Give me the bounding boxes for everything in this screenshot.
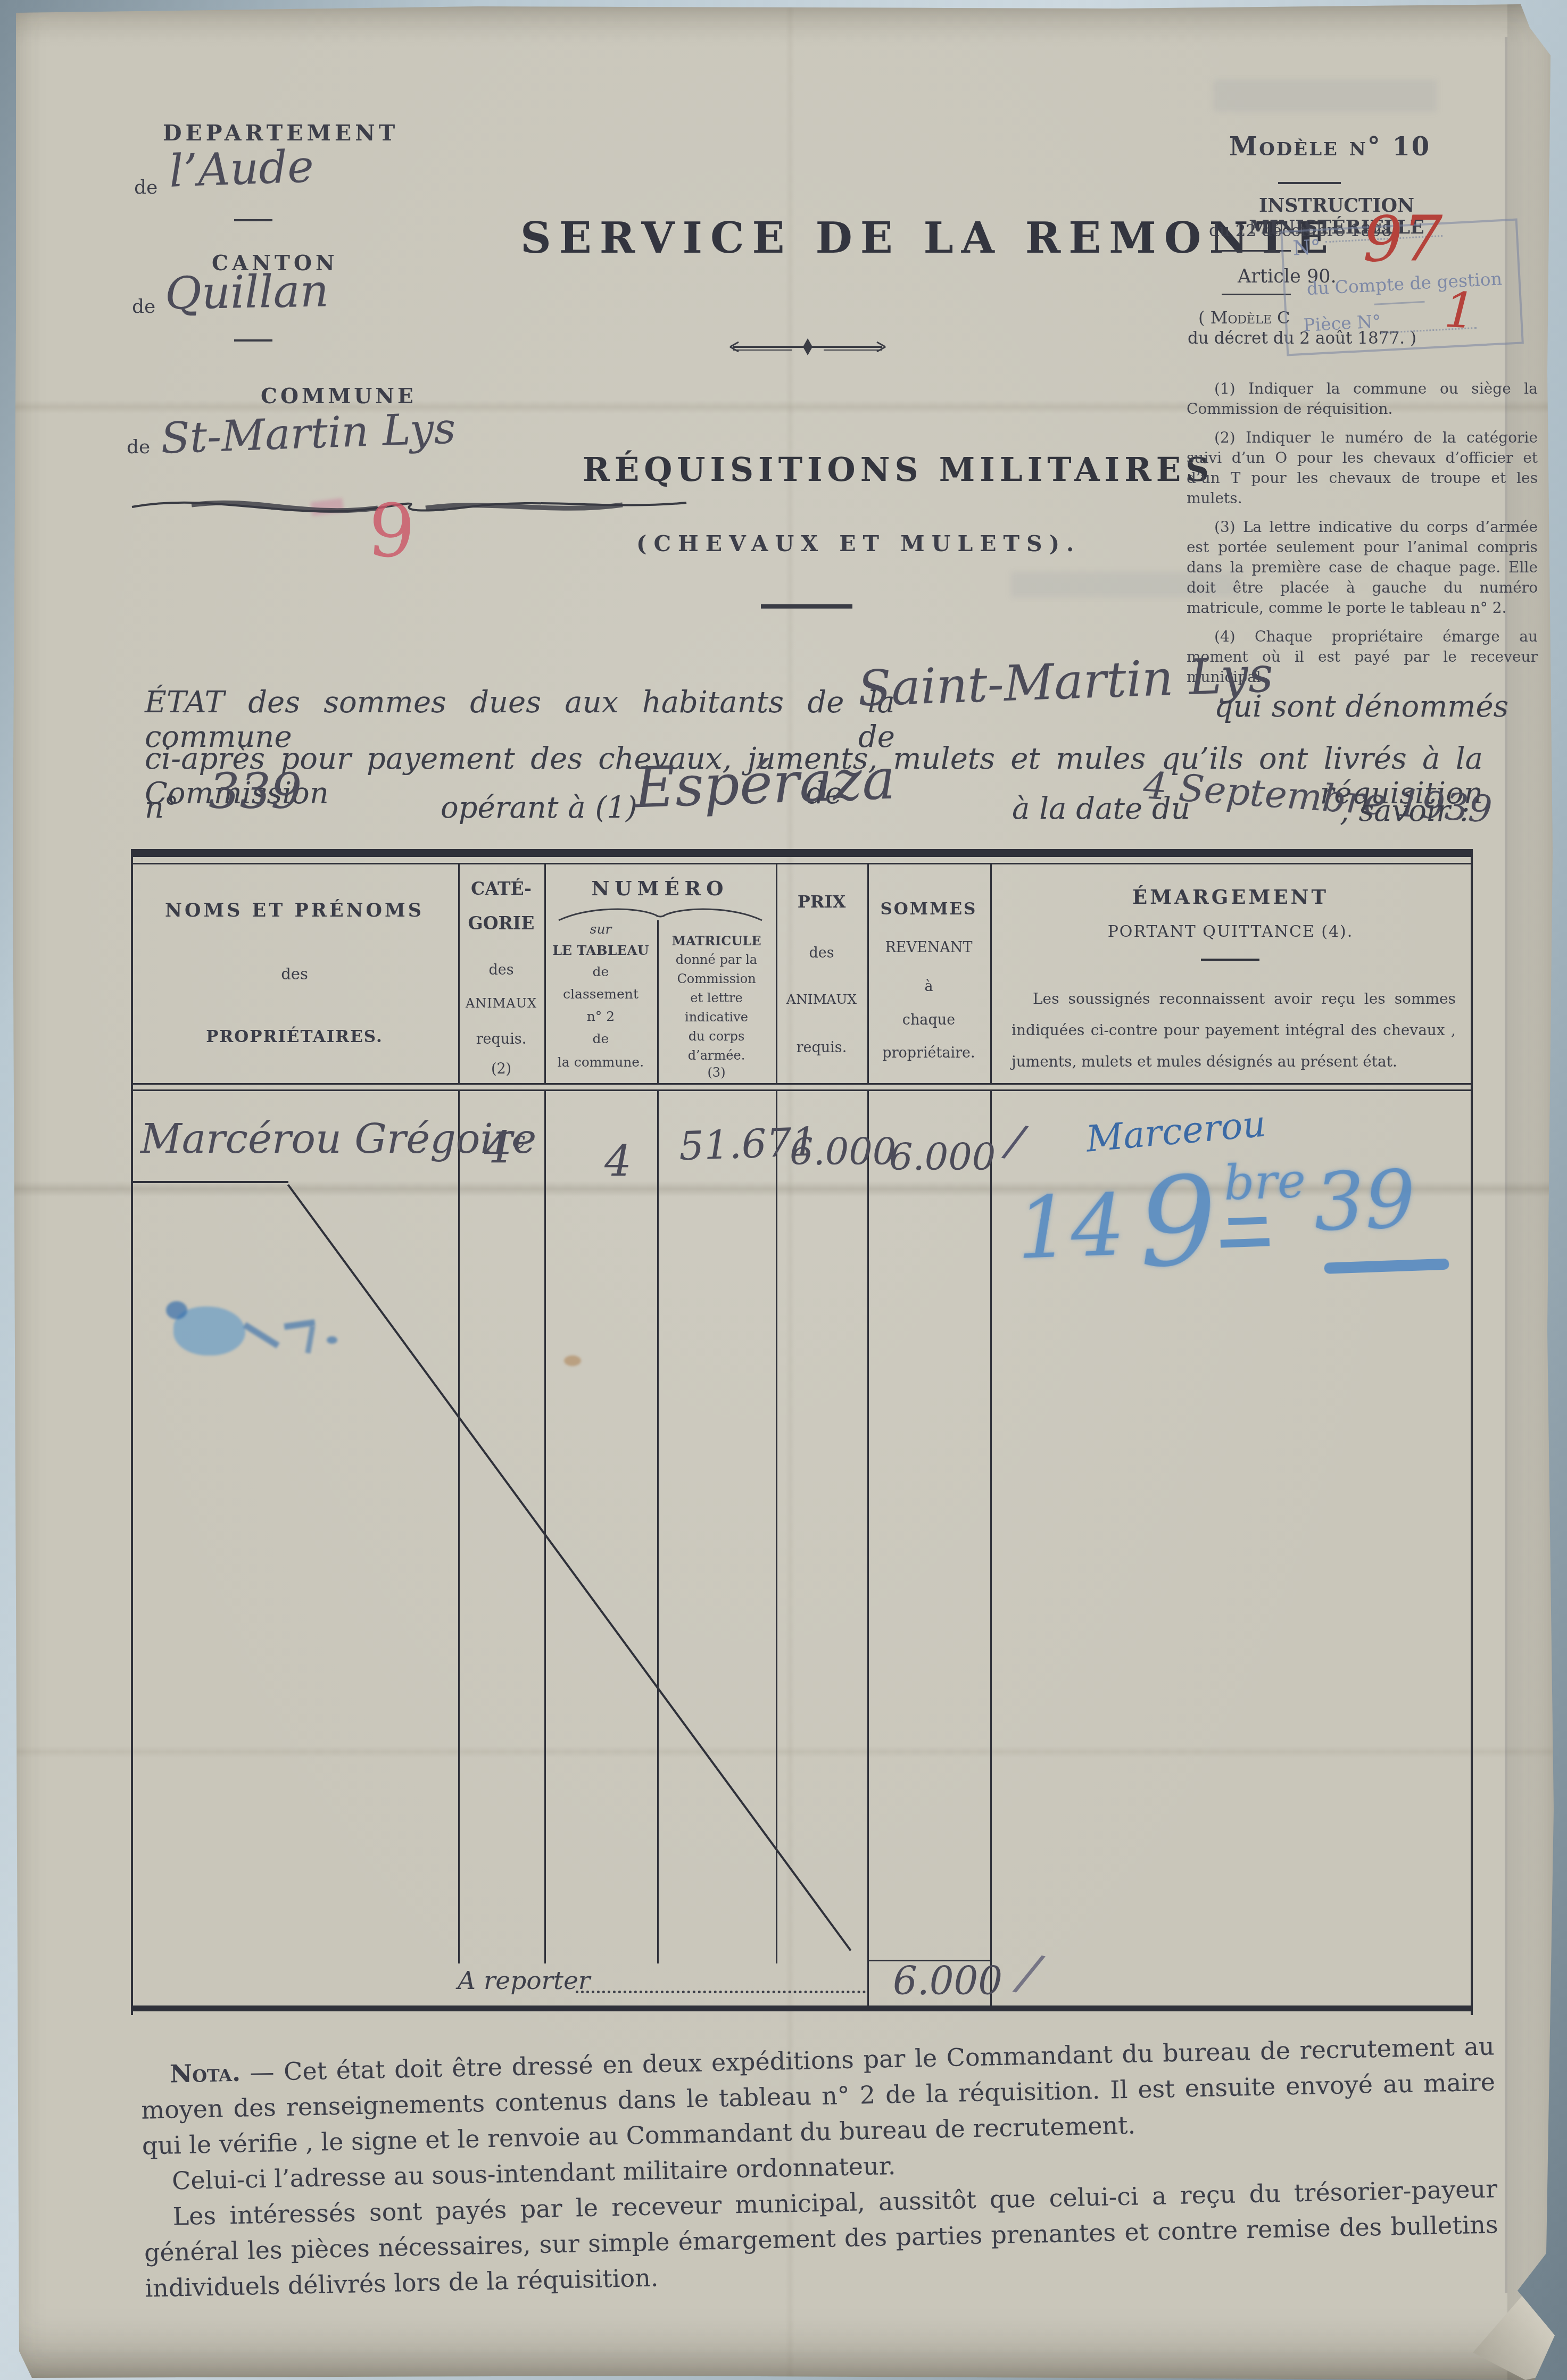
header-tab-line7: la commune. <box>544 1054 657 1070</box>
right-fold-line <box>1505 37 1507 2293</box>
table-line <box>131 863 1473 864</box>
intro-line1-end: qui sont dénommés <box>1214 689 1508 724</box>
header-sommes-line5: propriétaire. <box>867 1045 990 1061</box>
crayon-dash <box>1221 1238 1270 1247</box>
column-divider <box>458 1091 460 1963</box>
paid-year: 39 <box>1312 1153 1417 1250</box>
divider-rule <box>1278 182 1341 184</box>
ink-bleedthrough-smudge <box>1213 80 1437 112</box>
row-numero-tableau-handwritten: 4 <box>604 1136 632 1186</box>
stamp-rule <box>1374 301 1425 305</box>
stamp-number-handwritten: 97 <box>1363 202 1442 276</box>
header-mat-line1: MATRICULE <box>657 933 776 948</box>
canton-de-label: de <box>132 296 155 318</box>
header-cat-line2: GORIE <box>458 913 544 934</box>
intro-operant-label: opérant à (1) <box>441 790 637 825</box>
divider-rule <box>1201 959 1259 961</box>
carry-forward-label: A reporter <box>458 1966 590 1995</box>
header-cat-line1: CATÉ- <box>458 878 544 899</box>
registration-stamp: N° 97 du Compte de gestion Pièce N° 1 <box>1280 218 1524 356</box>
header-prix-line3: ANIMAUX <box>776 992 867 1007</box>
row-paid-tick: / <box>1004 1115 1027 1167</box>
canton-value-handwritten: Quillan <box>164 264 329 319</box>
stamp-no-label: N° <box>1292 235 1321 260</box>
requisition-table: NOMS ET PRÉNOMS des PROPRIÉTAIRES. CATÉ-… <box>131 849 1473 2015</box>
diagonal-strike-line <box>287 1184 852 1951</box>
divider-rule <box>761 604 852 609</box>
footnote-2: (2) Indiquer le numéro de la catégorie s… <box>1187 428 1538 509</box>
carry-forward-tick: / <box>1015 1943 1043 2003</box>
footnote-1: (1) Indiquer la commune ou siège la Comm… <box>1187 379 1538 419</box>
row-prix-handwritten: 6.000 <box>790 1130 896 1174</box>
header-emargement-subtitle: PORTANT QUITTANCE (4). <box>990 922 1471 941</box>
divider-rule <box>234 339 272 342</box>
right-fold-shadow <box>1507 0 1545 2380</box>
row-owner-name-handwritten: Marcérou Grégoire <box>140 1115 536 1162</box>
stamp-piece-label: Pièce N° <box>1303 311 1381 336</box>
ink-blot-dot <box>327 1336 337 1344</box>
column-divider <box>990 1091 992 2005</box>
dotted-leader <box>576 1969 866 1993</box>
paid-month-suffix: bre <box>1223 1153 1306 1211</box>
document-paper: DEPARTEMENT de l’Aude CANTON de Quillan … <box>0 0 1567 2380</box>
footnote-2-num: (2) <box>1214 429 1236 446</box>
scanned-document-photo: DEPARTEMENT de l’Aude CANTON de Quillan … <box>0 0 1567 2380</box>
paid-month-number: 9 <box>1137 1151 1220 1295</box>
requisitions-title: RÉQUISITIONS MILITAIRES <box>583 451 1214 489</box>
departement-de-label: de <box>134 177 157 198</box>
crayon-dash <box>1228 1217 1266 1226</box>
header-tab-line3: de <box>544 964 657 979</box>
row-categorie-number: 4 <box>484 1123 512 1174</box>
header-noms-line1: NOMS ET PRÉNOMS <box>131 900 458 921</box>
paid-day: 14 <box>1015 1175 1126 1278</box>
commune-de-label: de <box>127 436 150 458</box>
header-cat-line5: requis. <box>458 1031 544 1047</box>
footnote-3-text: La lettre indicative du corps d’armée es… <box>1187 518 1538 617</box>
header-noms-line2: des <box>131 965 458 983</box>
row-categorie-suffix: c <box>512 1126 525 1154</box>
table-header-separator <box>131 1089 1473 1091</box>
header-tab-line2: LE TABLEAU <box>544 943 657 958</box>
intro-savoir-label: , savoir : <box>1340 794 1470 828</box>
commune-label: COMMUNE <box>261 384 417 409</box>
header-sommes-line1: SOMMES <box>867 900 990 919</box>
footnote-1-text: Indiquer la commune ou siège la Commissi… <box>1187 380 1538 418</box>
divider-rule <box>1222 250 1291 252</box>
requisitions-subtitle: (CHEVAUX ET MULETS). <box>636 531 1081 556</box>
ink-blot-streak <box>305 1326 316 1354</box>
header-sommes-line3: à <box>867 978 990 995</box>
table-header-separator <box>131 1083 1473 1085</box>
header-tab-line6: de <box>544 1031 657 1046</box>
header-mat-line2: donné par la <box>657 952 776 967</box>
departement-value-handwritten: l’Aude <box>168 140 314 197</box>
numero-brace <box>557 904 764 921</box>
footnote-4-num: (4) <box>1214 628 1236 645</box>
row-sommes-handwritten: 6.000 <box>889 1135 996 1179</box>
header-mat-line4: et lettre <box>657 991 776 1005</box>
header-numero-title: NUMÉRO <box>544 877 776 900</box>
header-emargement-title: ÉMARGEMENT <box>990 885 1471 909</box>
table-left-border <box>131 849 133 2015</box>
intro-no-label: n° <box>145 790 179 825</box>
header-mat-line7: d’armée. <box>657 1048 776 1063</box>
header-tab-line1: sur <box>544 921 657 937</box>
footnote-3: (3) La lettre indicative du corps d’armé… <box>1187 517 1538 618</box>
header-tab-line4: classement <box>544 986 657 1002</box>
row-categorie-handwritten: 4c <box>484 1123 525 1174</box>
header-cat-line6: (2) <box>458 1061 544 1077</box>
column-divider <box>867 1091 869 2005</box>
column-divider <box>776 1091 777 1963</box>
header-noms-line3: PROPRIÉTAIRES. <box>131 1027 458 1046</box>
header-prix-line1: PRIX <box>776 892 867 912</box>
red-crayon-number: 9 <box>365 487 418 576</box>
column-divider <box>544 1091 546 1963</box>
header-mat-line6: du corps <box>657 1029 776 1044</box>
modele-label: Modèle n° 10 <box>1229 132 1431 162</box>
strike-line-start <box>133 1181 288 1183</box>
header-mat-line5: indicative <box>657 1010 776 1025</box>
footnote-2-text: Indiquer le numéro de la catégorie suivi… <box>1187 429 1538 507</box>
commune-value-handwritten: St-Martin Lys <box>160 403 457 463</box>
header-mat-line3: Commission <box>657 971 776 986</box>
intro-commune-handwritten: Saint-Martin Lys <box>857 646 1274 717</box>
header-prix-line4: requis. <box>776 1039 867 1056</box>
carry-forward-value-handwritten: 6.000 <box>893 1959 1002 2003</box>
header-mat-line8: (3) <box>657 1065 776 1080</box>
nota-label: Nota. <box>169 2058 241 2088</box>
ink-blot-streak <box>243 1322 279 1348</box>
intro-no-handwritten: 339 <box>209 763 302 820</box>
footnote-3-num: (3) <box>1214 518 1236 536</box>
header-sommes-line2: REVENANT <box>867 939 990 956</box>
modele-c-open: ( Modèle C <box>1198 307 1290 328</box>
divider-rule <box>234 219 272 221</box>
footnote-1-num: (1) <box>1214 380 1236 397</box>
table-top-border <box>131 849 1473 857</box>
crayon-underline <box>1324 1259 1449 1274</box>
ink-blot-spot <box>166 1301 187 1319</box>
divider-rule <box>1222 294 1291 295</box>
stamp-piece-number-handwritten: 1 <box>1443 281 1477 340</box>
header-prix-line2: des <box>776 945 867 961</box>
header-sommes-line4: chaque <box>867 1012 990 1028</box>
header-emargement-note: Les soussignés reconnaissent avoir reçu … <box>1011 983 1456 1077</box>
nota-block: Nota. — Cet état doit être dressé en deu… <box>140 2028 1499 2306</box>
ornamental-divider <box>728 334 888 360</box>
header-cat-line3: des <box>458 962 544 978</box>
table-bottom-border <box>131 2005 1473 2011</box>
table-right-border <box>1471 849 1473 2015</box>
header-tab-line5: n° 2 <box>544 1009 657 1024</box>
column-divider <box>657 1091 659 1963</box>
intro-place-handwritten: Espéraza <box>633 746 897 820</box>
header-cat-line4: ANIMAUX <box>458 996 544 1011</box>
